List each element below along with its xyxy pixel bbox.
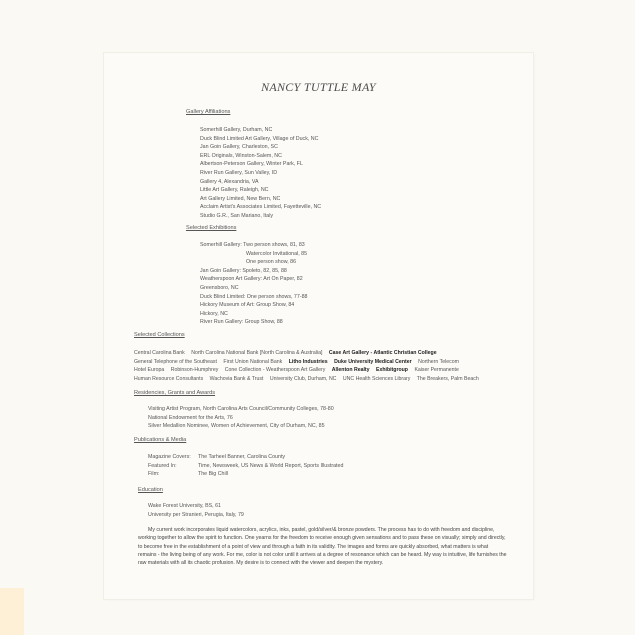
education-list: Wake Forest University, BS, 61 Universit… — [148, 502, 244, 519]
list-item: Little Art Gallery, Raleigh, NC — [200, 186, 321, 195]
list-item: Greensboro, NC — [200, 284, 307, 293]
selected-collections-list: Central Carolina Bank North Carolina Nat… — [134, 349, 479, 383]
publication-value: Time, Newsweek, US News & World Report, … — [198, 462, 343, 471]
publication-row: Film: The Big Chill — [148, 470, 343, 479]
publication-label: Film: — [148, 470, 198, 479]
list-item: Silver Medallion Nominee, Women of Achie… — [148, 422, 334, 431]
section-heading-gallery-affiliations: Gallery Affiliations — [186, 109, 230, 115]
list-item: Watercolor Invitational, 85 — [200, 250, 307, 259]
resume-page: NANCY TUTTLE MAY Gallery Affiliations So… — [104, 53, 533, 599]
list-item: Somerhill Gallery: Two person shows, 81,… — [200, 241, 307, 250]
list-item: Hickory, NC — [200, 310, 307, 319]
publications-list: Magazine Covers: The Tarheel Banner, Car… — [148, 453, 343, 479]
publication-label: Magazine Covers: — [148, 453, 198, 462]
list-item: Northern Telecom — [418, 359, 459, 365]
list-item: Hickory Museum of Art: Group Show, 84 — [200, 301, 307, 310]
list-item: University Club, Durham, NC — [270, 376, 337, 382]
publication-value: The Tarheel Banner, Carolina County — [198, 453, 285, 462]
section-heading-selected-exhibitions: Selected Exhibitions — [186, 225, 236, 231]
list-item: Human Resource Consultants — [134, 376, 203, 382]
list-item: Jan Goin Gallery, Charleston, SC — [200, 143, 321, 152]
list-item: Studio G.R., San Mariano, Italy — [200, 212, 321, 221]
publication-label: Featured In: — [148, 462, 198, 471]
list-item: One person show, 86 — [200, 258, 307, 267]
residencies-list: Visiting Artist Program, North Carolina … — [148, 405, 334, 431]
section-heading-publications: Publications & Media — [134, 437, 186, 443]
list-item: Duck Blind Limited Art Gallery, Village … — [200, 135, 321, 144]
selected-exhibitions-list: Somerhill Gallery: Two person shows, 81,… — [200, 241, 307, 327]
list-item: Somerhill Gallery, Durham, NC — [200, 126, 321, 135]
list-item: Duke University Medical Center — [334, 359, 412, 365]
list-item: Central Carolina Bank — [134, 350, 185, 356]
section-heading-residencies: Residencies, Grants and Awards — [134, 390, 215, 396]
list-item: Robinson-Humphrey — [171, 367, 219, 373]
list-item: Art Gallery Limited, New Bern, NC — [200, 195, 321, 204]
list-item: First Union National Bank — [223, 359, 282, 365]
list-item: Jan Goin Gallery: Spoleto, 82, 85, 88 — [200, 267, 307, 276]
list-item: Acclaim Artist's Associates Limited, Fay… — [200, 203, 321, 212]
list-item: Allenton Realty — [332, 367, 370, 373]
list-item: General Telephone of the Southeast — [134, 359, 217, 365]
background-edge — [0, 588, 24, 635]
list-item: Weatherspoon Art Gallery: Art On Paper, … — [200, 275, 307, 284]
list-item: Litho Industries — [289, 359, 328, 365]
list-item: Hotel Europa — [134, 367, 164, 373]
list-item: River Run Gallery: Group Show, 88 — [200, 318, 307, 327]
list-item: Wachovia Bank & Trust — [210, 376, 264, 382]
list-item: UNC Health Sciences Library — [343, 376, 410, 382]
list-item: The Breakers, Palm Beach — [417, 376, 479, 382]
list-item: Exhibitgroup — [376, 367, 408, 373]
publication-value: The Big Chill — [198, 470, 228, 479]
list-item: ERL Originals, Winston-Salem, NC — [200, 152, 321, 161]
list-item: University per Stranieri, Perugia, Italy… — [148, 511, 244, 520]
section-heading-education: Education — [138, 487, 163, 493]
list-item: North Carolina National Bank [North Caro… — [191, 350, 322, 356]
list-item: Kaiser Permanente — [414, 367, 458, 373]
artist-statement: My current work incorporates liquid wate… — [138, 526, 508, 567]
collections-row: Central Carolina Bank North Carolina Nat… — [134, 349, 479, 358]
list-item: Case Art Gallery - Atlantic Christian Co… — [329, 350, 437, 356]
page-title: NANCY TUTTLE MAY — [104, 80, 533, 95]
list-item: Albertson-Peterson Gallery, Winter Park,… — [200, 160, 321, 169]
list-item: Gallery 4, Alexandria, VA — [200, 178, 321, 187]
list-item: Visiting Artist Program, North Carolina … — [148, 405, 334, 414]
publication-row: Magazine Covers: The Tarheel Banner, Car… — [148, 453, 343, 462]
gallery-affiliations-list: Somerhill Gallery, Durham, NC Duck Blind… — [200, 126, 321, 221]
list-item: Wake Forest University, BS, 61 — [148, 502, 244, 511]
list-item: Cone Collection - Weatherspoon Art Galle… — [225, 367, 326, 373]
collections-row: General Telephone of the Southeast First… — [134, 358, 479, 367]
collections-row: Human Resource Consultants Wachovia Bank… — [134, 375, 479, 384]
section-heading-selected-collections: Selected Collections — [134, 332, 185, 338]
list-item: National Endowment for the Arts, 76 — [148, 414, 334, 423]
collections-row: Hotel Europa Robinson-Humphrey Cone Coll… — [134, 366, 479, 375]
list-item: River Run Gallery, Sun Valley, ID — [200, 169, 321, 178]
publication-row: Featured In: Time, Newsweek, US News & W… — [148, 462, 343, 471]
list-item: Duck Blind Limited: One person shows, 77… — [200, 293, 307, 302]
